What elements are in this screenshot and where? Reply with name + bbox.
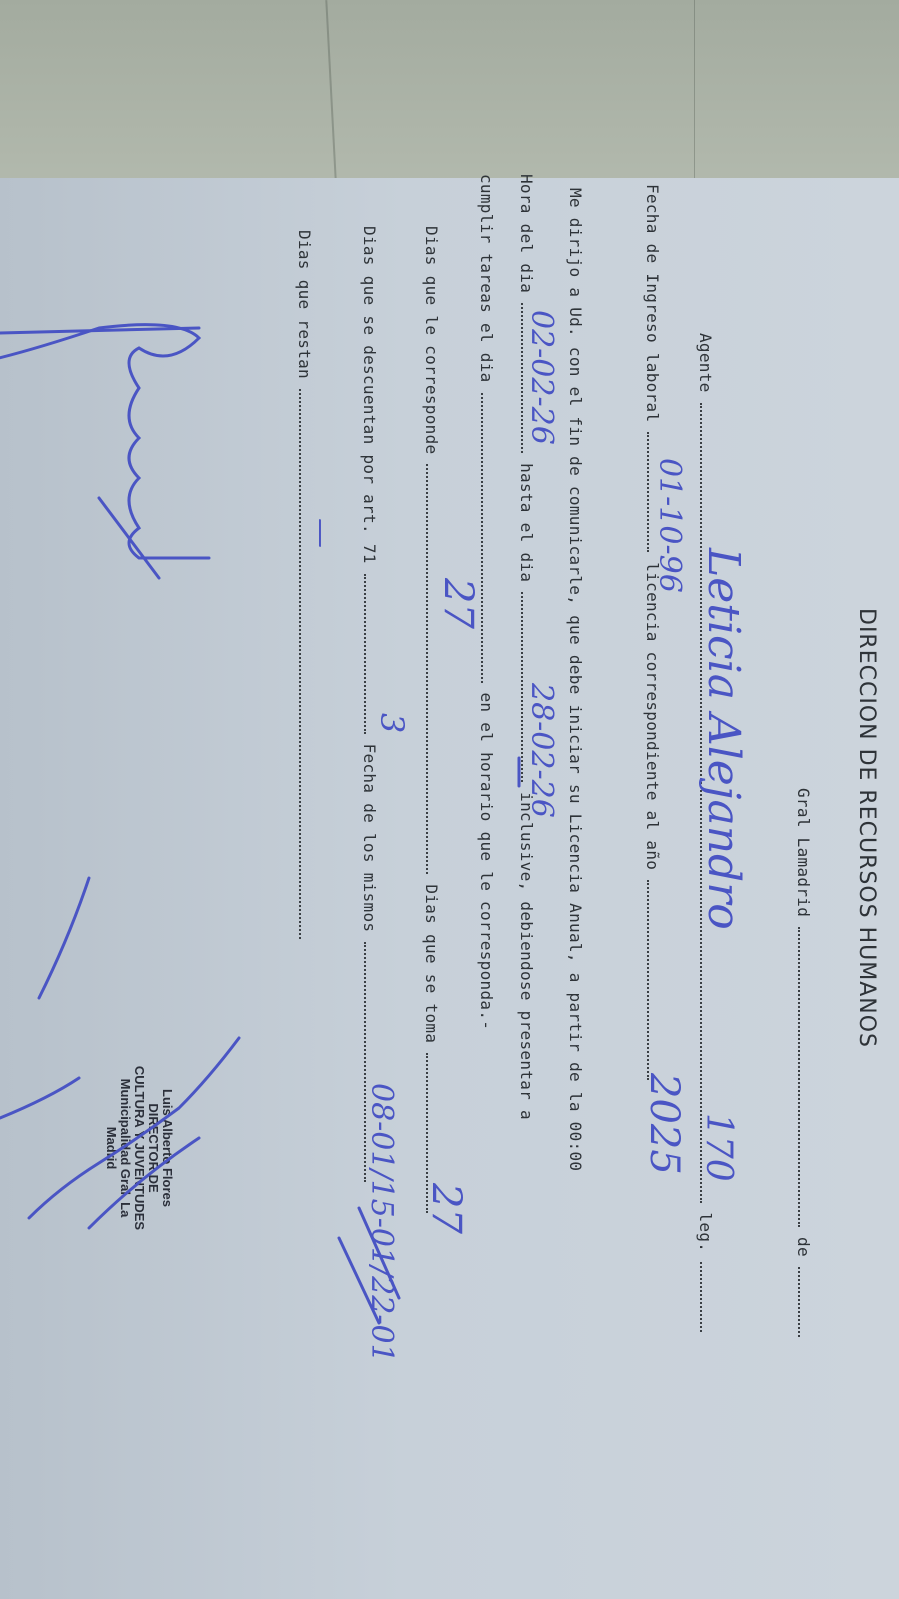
employee-signature-icon	[0, 325, 209, 578]
date-divider-strokes	[339, 758, 519, 1323]
table-seam	[694, 0, 695, 180]
table-background	[0, 0, 899, 185]
signatures	[0, 178, 899, 1599]
director-signature-icon	[0, 878, 239, 1228]
form-document: DIRECCION DE RECURSOS HUMANOS Gral Lamad…	[0, 178, 899, 1599]
